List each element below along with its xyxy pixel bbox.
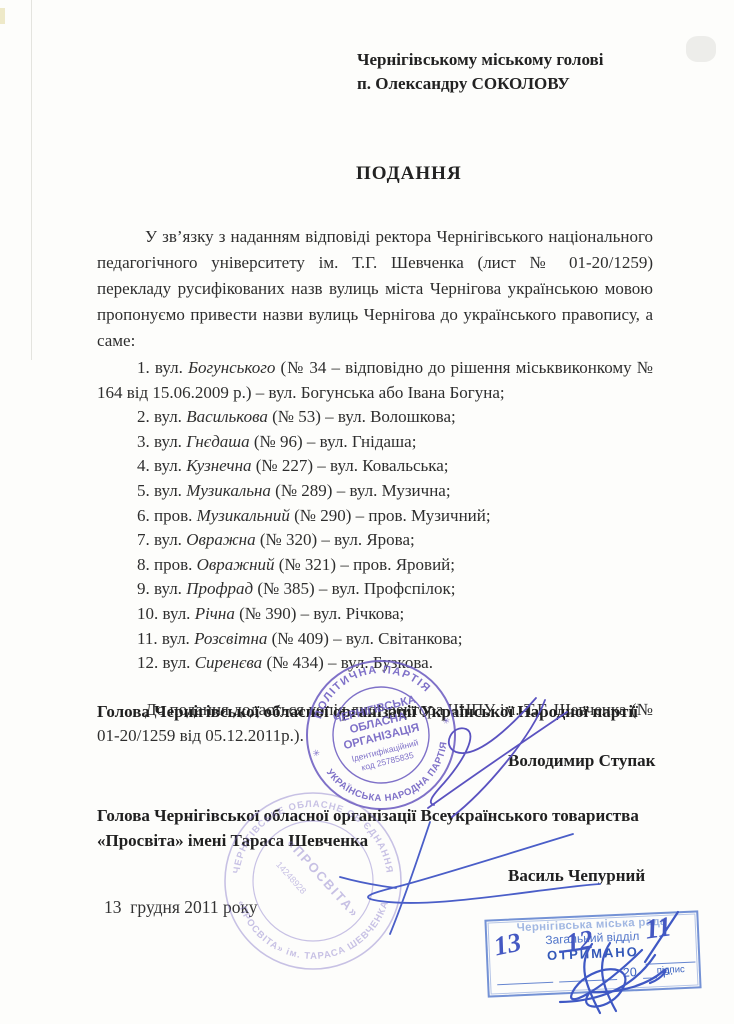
prosvita-round-stamp: ЧЕРНІГІВСЬКЕ ОБЛАСНЕ ОБ’ЄДНАННЯ «ПРОСВІТ…	[218, 786, 408, 976]
scanned-document-page: Чернігівському міському голові п. Олекса…	[0, 0, 734, 1024]
street-rename-item: 4. вул. Кузнечна (№ 227) – вул. Ковальсь…	[97, 454, 653, 479]
item-old-name: Гнєдаша	[186, 432, 249, 451]
handwritten-year: 11	[643, 911, 674, 946]
stamp-inner-ring	[253, 821, 373, 941]
item-prefix: 11. вул.	[137, 629, 194, 648]
item-rest: (№ 53) – вул. Волошкова;	[268, 407, 456, 426]
document-title: ПОДАННЯ	[356, 163, 462, 185]
item-rest: (№ 390) – вул. Річкова;	[235, 604, 404, 623]
item-old-name: Кузнечна	[186, 456, 251, 475]
item-prefix: 10. вул.	[137, 604, 195, 623]
item-old-name: Василькова	[186, 407, 268, 426]
signature-label-text: підпис	[657, 964, 685, 976]
stamp-ring-bottom-text: «ПРОСВІТА» ім. ТАРАСА ШЕВЧЕНКА	[235, 899, 391, 962]
item-rest: (№ 290) – пров. Музичний;	[290, 506, 491, 525]
stamp-outer-ring	[225, 793, 401, 969]
handwritten-month: 12	[564, 924, 596, 959]
recipient-block: Чернігівському міському голові п. Олекса…	[357, 48, 603, 95]
item-prefix: 4. вул.	[137, 456, 186, 475]
scan-artifact-blotch	[686, 36, 716, 62]
street-rename-item: 10. вул. Річна (№ 390) – вул. Річкова;	[97, 602, 653, 627]
year-prefix: 20	[623, 965, 638, 980]
item-rest: (№ 289) – вул. Музична;	[271, 481, 451, 500]
item-old-name: Овражна	[186, 530, 255, 549]
item-prefix: 7. вул.	[137, 530, 186, 549]
item-old-name: Богунського	[188, 358, 275, 377]
street-rename-list: 1. вул. Богунського (№ 34 – відповідно д…	[97, 356, 653, 676]
item-prefix: 8. пров.	[137, 555, 197, 574]
street-rename-item: 5. вул. Музикальна (№ 289) – вул. Музичн…	[97, 479, 653, 504]
item-old-name: Сиренєва	[195, 653, 263, 672]
intro-paragraph: У зв’язку з наданням відповіді ректора Ч…	[97, 224, 653, 354]
scan-artifact-line	[31, 0, 32, 360]
item-old-name: Музикальний	[197, 506, 290, 525]
street-rename-item: 7. вул. Овражна (№ 320) – вул. Ярова;	[97, 528, 653, 553]
item-rest: (№ 227) – вул. Ковальська;	[252, 456, 449, 475]
item-old-name: Музикальна	[186, 481, 271, 500]
item-rest: (№ 96) – вул. Гнідаша;	[250, 432, 417, 451]
recipient-line-1: Чернігівському міському голові	[357, 48, 603, 72]
signatory-1-name: Володимир Ступак	[508, 751, 655, 771]
street-rename-item: 1. вул. Богунського (№ 34 – відповідно д…	[97, 356, 653, 405]
street-rename-item: 9. вул. Профрад (№ 385) – вул. Профспіло…	[97, 577, 653, 602]
street-rename-item: 2. вул. Василькова (№ 53) – вул. Волошко…	[97, 405, 653, 430]
received-stamp-signature-label: підпис	[645, 962, 696, 977]
item-prefix: 5. вул.	[137, 481, 186, 500]
svg-text:«ПРОСВІТА» ім. ТАРАСА ШЕВЧЕНКА: «ПРОСВІТА» ім. ТАРАСА ШЕВЧЕНКА	[235, 899, 391, 962]
item-rest: (№ 320) – вул. Ярова;	[256, 530, 415, 549]
item-old-name: Профрад	[186, 579, 253, 598]
recipient-line-2: п. Олександру СОКОЛОВУ	[357, 72, 603, 96]
item-prefix: 1. вул.	[137, 358, 188, 377]
item-prefix: 3. вул.	[137, 432, 186, 451]
item-old-name: Овражний	[197, 555, 275, 574]
star-icon: ✳	[441, 715, 451, 727]
street-rename-item: 3. вул. Гнєдаша (№ 96) – вул. Гнідаша;	[97, 430, 653, 455]
star-icon: ✳	[311, 747, 321, 759]
item-prefix: 2. вул.	[137, 407, 186, 426]
street-rename-item: 6. пров. Музикальний (№ 290) – пров. Муз…	[97, 504, 653, 529]
item-rest: (№ 321) – пров. Яровий;	[275, 555, 455, 574]
scan-artifact-speck	[0, 8, 5, 24]
item-prefix: 6. пров.	[137, 506, 197, 525]
item-prefix: 9. вул.	[137, 579, 186, 598]
month-blank-line	[559, 967, 618, 983]
item-prefix: 12. вул.	[137, 653, 195, 672]
item-old-name: Річна	[195, 604, 235, 623]
day-blank-line	[497, 970, 554, 985]
signatory-2-name: Василь Чепурний	[508, 866, 645, 886]
street-rename-item: 8. пров. Овражний (№ 321) – пров. Яровий…	[97, 553, 653, 578]
item-rest: (№ 385) – вул. Профспілок;	[253, 579, 455, 598]
item-old-name: Розсвітна	[194, 629, 267, 648]
street-rename-item: 11. вул. Розсвітна (№ 409) – вул. Світан…	[97, 627, 653, 652]
